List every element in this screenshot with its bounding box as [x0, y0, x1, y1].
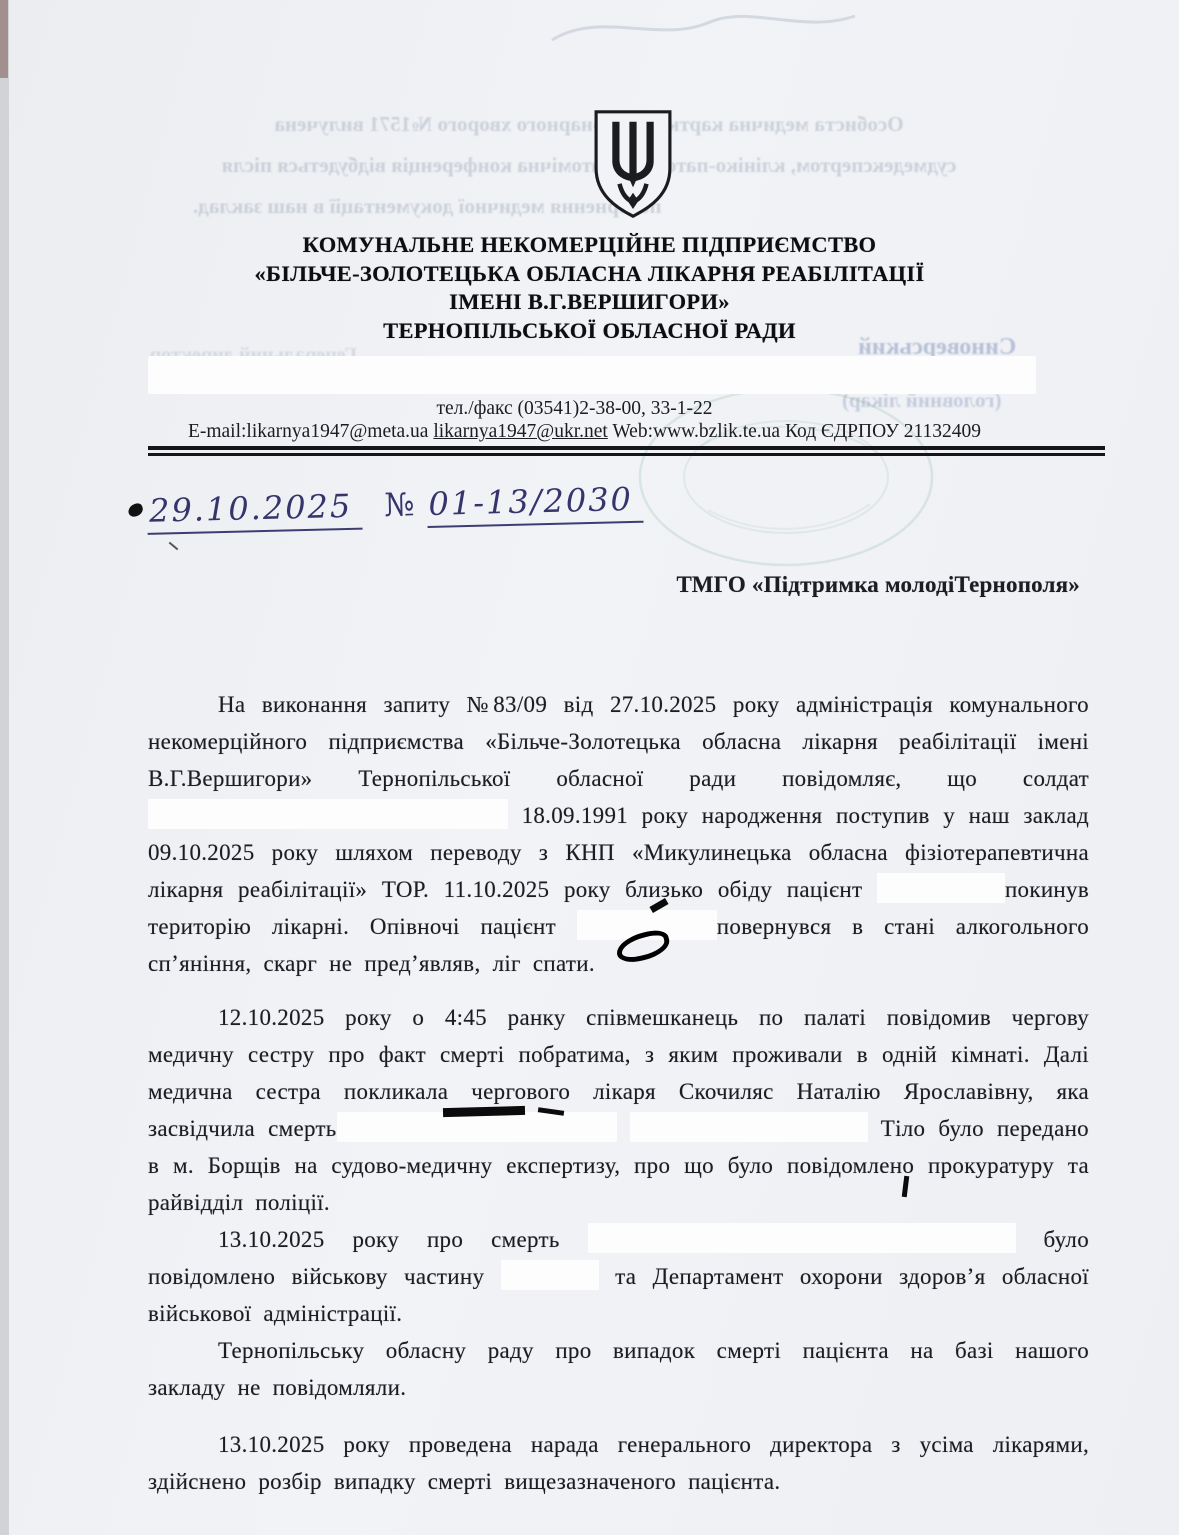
- contact-phone-line: тел./факс (03541)2-38-00, 33-1-22: [0, 398, 1149, 420]
- redaction-box: [630, 1112, 868, 1142]
- body-paragraph: 12.10.2025 року о 4:45 ранку співмешкане…: [148, 999, 1089, 1221]
- ukraine-trident-emblem-icon: [588, 103, 678, 225]
- letterhead-org-name: КОМУНАЛЬНЕ НЕКОМЕРЦІЙНЕ ПІДПРИЄМСТВО «БІ…: [60, 231, 1119, 345]
- redaction-box: [148, 799, 508, 829]
- org-name-line-3: ІМЕНІ В.Г.ВЕРШИГОРИ»: [60, 288, 1119, 317]
- recipient-line: ТМГО «Підтримка молодіТернополя»: [676, 572, 1080, 598]
- org-name-line-1: КОМУНАЛЬНЕ НЕКОМЕРЦІЙНЕ ПІДПРИЄМСТВО: [60, 231, 1119, 260]
- body-paragraph: 13.10.2025 року про смерть було повідомл…: [148, 1221, 1089, 1332]
- body-text: На виконання запиту №83/09 від 27.10.202…: [148, 686, 1089, 1500]
- contact-email-line: E-mail:likarnya1947@meta.ua likarnya1947…: [0, 421, 1169, 443]
- scan-edge-strip: [0, 0, 9, 1535]
- redaction-box: [877, 873, 1005, 903]
- org-name-line-4: ТЕРНОПІЛЬСЬКОЇ ОБЛАСНОЇ РАДИ: [60, 317, 1119, 346]
- body-paragraph: Тернопільську обласну раду про випадок с…: [148, 1332, 1089, 1406]
- contact-email-2: likarnya1947@ukr.net: [433, 421, 607, 442]
- body-paragraph: 13.10.2025 року проведена нарада генерал…: [148, 1426, 1089, 1500]
- reference-date: 29.10.2025: [147, 487, 363, 535]
- contact-web: Web:www.bzlik.te.ua: [612, 421, 780, 442]
- ink-tick-mark: [169, 542, 179, 551]
- ink-blot-mark: [126, 502, 144, 519]
- redaction-box: [577, 910, 717, 940]
- redaction-box: [501, 1260, 599, 1290]
- body-paragraph: На виконання запиту №83/09 від 27.10.202…: [148, 686, 1089, 982]
- contact-edrpou-code: Код ЄДРПОУ 21132409: [785, 421, 981, 442]
- scan-corner-mark: [0, 0, 8, 78]
- redaction-box: [337, 1112, 617, 1142]
- reference-number-sign: №: [384, 485, 417, 524]
- letterhead-divider-rule: [148, 446, 1105, 456]
- redaction-box: [588, 1223, 1016, 1253]
- bleed-squiggle-mark: [540, 4, 870, 52]
- reference-number: 01-13/2030: [426, 480, 643, 528]
- contact-email-1: E-mail:likarnya1947@meta.ua: [188, 421, 429, 442]
- org-name-line-2: «БІЛЬЧЕ-ЗОЛОТЕЦЬКА ОБЛАСНА ЛІКАРНЯ РЕАБІ…: [60, 260, 1119, 289]
- redaction-bar-address: [148, 356, 1036, 394]
- reference-line: 29.10.2025№01-13/2030: [128, 480, 644, 531]
- scanned-letter-page: Особиста медична картка стаціонарного хв…: [0, 0, 1179, 1535]
